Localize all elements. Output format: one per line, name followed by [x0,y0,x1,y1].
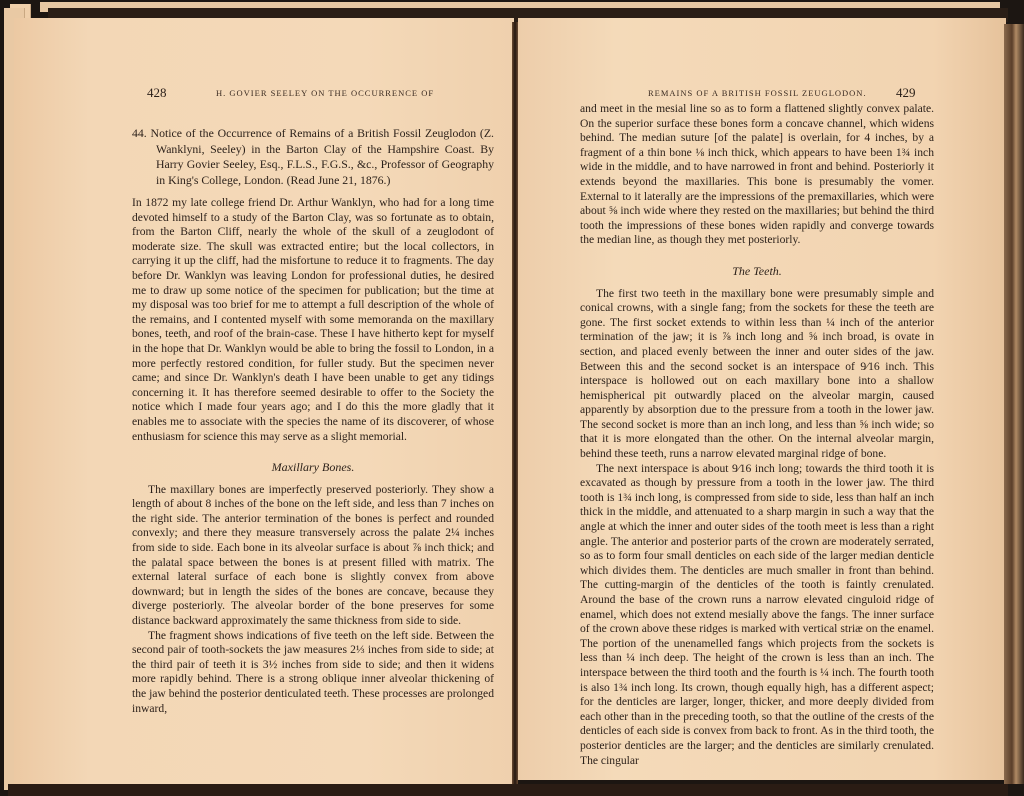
book-fore-edge [1004,24,1024,784]
body-paragraph: The next interspace is about 9⁄16 inch l… [580,462,934,768]
section-heading: The Teeth. [580,264,934,279]
body-paragraph: The fragment shows indications of five t… [132,629,494,717]
running-head: REMAINS OF A BRITISH FOSSIL ZEUGLODON. [648,88,867,98]
left-column: 44. Notice of the Occurrence of Remains … [132,126,494,716]
article-title: 44. Notice of the Occurrence of Remains … [132,126,494,188]
left-page: 428 H. GOVIER SEELEY ON THE OCCURRENCE O… [14,18,514,786]
page-number: 429 [896,85,916,101]
body-paragraph: The maxillary bones are imperfectly pres… [132,483,494,629]
running-head: H. GOVIER SEELEY ON THE OCCURRENCE OF [216,88,434,98]
right-page: REMAINS OF A BRITISH FOSSIL ZEUGLODON. 4… [518,18,1006,780]
article-number: 44. [132,126,147,140]
continuation-paragraph: and meet in the mesial line so as to for… [580,102,934,248]
body-paragraph: The first two teeth in the maxillary bon… [580,287,934,462]
right-column: and meet in the mesial line so as to for… [580,102,934,768]
page-number: 428 [147,85,167,101]
section-heading: Maxillary Bones. [132,460,494,475]
book-bottom-edge [8,784,1008,796]
article-title-text: Notice of the Occurrence of Remains of a… [151,126,494,187]
intro-paragraph: In 1872 my late college friend Dr. Arthu… [132,196,494,444]
